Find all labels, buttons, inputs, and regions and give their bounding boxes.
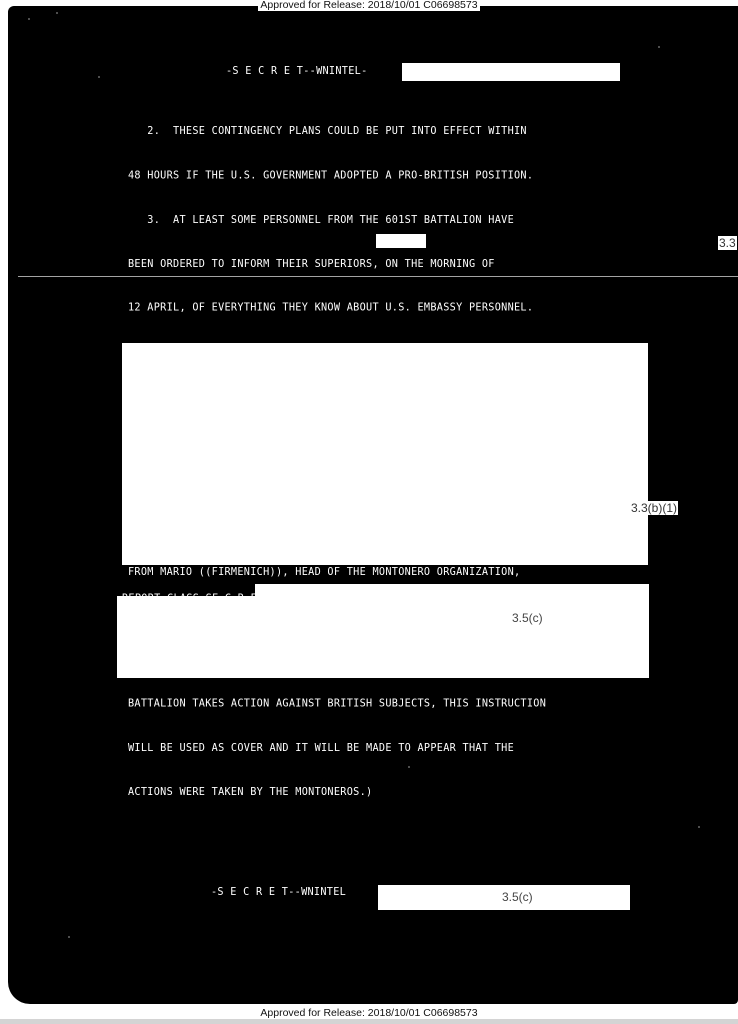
redaction-methods-line	[255, 584, 649, 596]
release-stamp-text: Approved for Release: 2018/10/01 C066985…	[258, 1007, 479, 1019]
body-line: WILL BE USED AS COVER AND IT WILL BE MAD…	[128, 741, 559, 756]
body-line: BATTALION TAKES ACTION AGAINST BRITISH S…	[128, 697, 559, 712]
viewer-bottom-edge	[0, 1019, 738, 1024]
body-line: 48 HOURS IF THE U.S. GOVERNMENT ADOPTED …	[128, 169, 559, 184]
body-line: BEEN ORDERED TO INFORM THEIR SUPERIORS, …	[128, 257, 559, 272]
exemption-tag-margin: 3.3	[718, 236, 737, 250]
body-line: 2. THESE CONTINGENCY PLANS COULD BE PUT …	[128, 125, 559, 140]
release-stamp-text: Approved for Release: 2018/10/01 C066985…	[258, 0, 479, 11]
scan-speck	[698, 826, 700, 828]
classification-header: -S E C R E T--WNINTEL-	[226, 66, 368, 78]
exemption-tag-footer: 3.5(c)	[502, 890, 533, 904]
body-line: 3. AT LEAST SOME PERSONNEL FROM THE 601S…	[128, 213, 559, 228]
exemption-tag-lower-block: 3.5(c)	[512, 611, 543, 625]
redaction-lower-block	[117, 596, 649, 678]
scan-speck	[68, 936, 70, 938]
scan-speck	[658, 46, 660, 48]
redaction-inline	[376, 234, 426, 248]
release-stamp-top: Approved for Release: 2018/10/01 C066985…	[0, 0, 738, 11]
body-line: 12 APRIL, OF EVERYTHING THEY KNOW ABOUT …	[128, 301, 559, 316]
exemption-tag-large-block: 3.3(b)(1)	[630, 501, 678, 515]
classification-footer: -S E C R E T--WNINTEL	[211, 887, 346, 899]
release-stamp-bottom: Approved for Release: 2018/10/01 C066985…	[0, 1007, 738, 1019]
redaction-large-block	[122, 343, 648, 565]
scan-speck	[56, 12, 58, 14]
body-line: ACTIONS WERE TAKEN BY THE MONTONEROS.)	[128, 785, 559, 800]
scan-speck	[28, 18, 30, 20]
scan-speck	[98, 76, 100, 78]
redaction-header	[402, 63, 620, 81]
